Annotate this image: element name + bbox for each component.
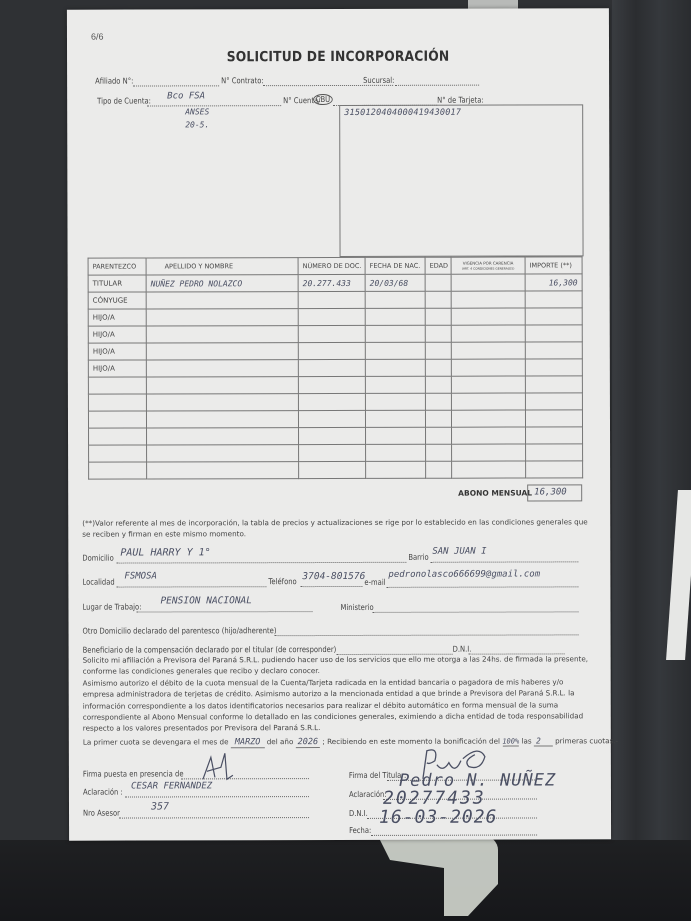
cell-importe[interactable] [526, 444, 583, 461]
cell-nombre[interactable] [146, 377, 298, 394]
cell-vigencia[interactable] [451, 410, 525, 427]
contrato-field[interactable] [263, 85, 393, 86]
localidad-value: FSMOSA [124, 571, 157, 581]
table-row [88, 393, 582, 411]
col-apellido-nombre: APELLIDO Y NOMBRE [146, 258, 298, 275]
fecha-label: Fecha: [349, 826, 371, 835]
table-row [89, 461, 583, 479]
cell-edad[interactable] [425, 393, 451, 410]
email-value: pedronolasco666699@gmail.com [388, 569, 540, 579]
form-title: SOLICITUD DE INCORPORACIÓN [100, 48, 577, 65]
domicilio-label: Domicilio [82, 554, 114, 563]
table-row: HIJO/A [88, 308, 582, 326]
card-number-box[interactable]: 3150120404000419430017 [339, 104, 583, 257]
aclaracion-left-label: Aclaración : [83, 788, 123, 797]
cell-edad[interactable] [426, 427, 452, 444]
afiliado-field[interactable] [133, 85, 219, 86]
cell-importe[interactable] [525, 308, 582, 325]
bonificacion-value[interactable]: 100% [502, 738, 519, 747]
legal-paragraph-1: Solicito mi afiliación a Previsora del P… [83, 653, 593, 677]
col-edad: EDAD [425, 257, 451, 274]
table-header-row: PARENTEZCO APELLIDO Y NOMBRE NÚMERO DE D… [88, 257, 582, 275]
cell-nombre[interactable] [147, 428, 299, 445]
lugar-trabajo-label: Lugar de Trabajo: [82, 603, 141, 612]
legal-paragraph-2: Asimismo autorizo el débito de la cuota … [83, 676, 593, 734]
abono-mensual-value: 16,300 [534, 487, 567, 497]
table-row: HIJO/A [88, 342, 582, 360]
cell-doc[interactable] [298, 359, 365, 376]
table-row [88, 376, 582, 394]
cell-parentezco[interactable] [88, 377, 146, 394]
cell-doc[interactable] [298, 325, 365, 342]
cell-nombre[interactable] [146, 394, 298, 411]
abono-mensual-label: ABONO MENSUAL [458, 488, 532, 497]
col-vigencia: VIGENCIA POR CARENCIA(ART. 4 CONDICIONES… [451, 257, 525, 274]
cell-edad[interactable] [425, 359, 451, 376]
cell-edad[interactable] [425, 308, 451, 325]
cell-nombre[interactable] [147, 445, 299, 462]
barrio-field[interactable] [430, 561, 578, 562]
cuota-prefix: La primer cuota se devengara el mes de [83, 737, 229, 746]
table-row: CÓNYUGE [88, 291, 582, 309]
cell-nombre[interactable] [146, 309, 298, 326]
table-row [88, 410, 582, 428]
cell-edad[interactable] [425, 410, 451, 427]
cell-vigencia[interactable] [452, 444, 526, 461]
otro-domicilio-field[interactable] [275, 634, 579, 636]
email-label: e-mail [364, 578, 385, 587]
cell-parentezco[interactable] [89, 462, 147, 479]
cell-doc[interactable] [298, 308, 365, 325]
col-numero-doc: NÚMERO DE DOC. [298, 257, 365, 274]
cuenta-cbu-circled: CBU [313, 94, 333, 105]
cell-doc[interactable] [299, 461, 366, 478]
cell-nombre[interactable] [146, 326, 298, 343]
tipo-cuenta-field[interactable] [147, 105, 281, 106]
asesor-field[interactable] [119, 817, 309, 818]
cell-fecha-nac[interactable]: 20/03/68 [365, 274, 425, 291]
sucursal-label: Sucursal: [363, 76, 394, 85]
lugar-trabajo-value: PENSION NACIONAL [160, 595, 252, 606]
asesor-label: Nro Asesor [83, 809, 120, 818]
ministerio-field[interactable] [372, 611, 578, 613]
cell-fecha-nac[interactable] [365, 308, 425, 325]
cell-doc[interactable] [299, 427, 366, 444]
table-row: TITULARNUÑEZ PEDRO NOLAZCO20.277.43320/0… [88, 274, 582, 292]
localidad-field[interactable] [116, 586, 266, 587]
cell-nombre[interactable] [147, 462, 299, 479]
cell-fecha-nac[interactable] [365, 291, 425, 308]
tipo-cuenta-value: Bco FSA [167, 91, 205, 101]
card-number-value: 3150120404000419430017 [344, 108, 461, 118]
tarjeta-label: N° de Tarjeta: [437, 96, 484, 105]
cell-fecha-nac[interactable] [366, 444, 426, 461]
cuota-line: La primer cuota se devengara el mes de M… [83, 735, 593, 749]
cuota-mes-value[interactable]: MARZO [231, 737, 265, 748]
cell-fecha-nac[interactable] [365, 342, 425, 359]
cell-fecha-nac[interactable] [366, 427, 426, 444]
cell-vigencia[interactable] [451, 308, 525, 325]
cell-edad[interactable] [425, 325, 451, 342]
background-floor [0, 840, 691, 921]
cell-edad[interactable] [425, 291, 451, 308]
telefono-label: Teléfono [268, 577, 296, 586]
cell-edad[interactable] [426, 444, 452, 461]
cell-doc[interactable] [298, 376, 365, 393]
col-vigencia-title: VIGENCIA POR CARENCIA [463, 260, 514, 265]
cell-doc[interactable] [298, 291, 365, 308]
aclaracion-left-value: CESAR FERNANDEZ [131, 781, 212, 791]
cell-fecha-nac[interactable] [365, 393, 425, 410]
cell-parentezco[interactable]: HIJO/A [88, 309, 146, 326]
cell-importe[interactable]: 16,300 [525, 274, 582, 291]
aclaracion-left-field[interactable] [125, 796, 309, 797]
cell-vigencia[interactable] [452, 461, 526, 478]
cell-parentezco[interactable] [89, 445, 147, 462]
afiliado-label: Afiliado N°: [95, 77, 133, 86]
cell-nombre[interactable]: NUÑEZ PEDRO NOLAZCO [146, 275, 298, 292]
fecha-field[interactable] [371, 834, 537, 835]
cell-doc[interactable] [299, 444, 366, 461]
footnote-text: (**)Valor referente al mes de incorporac… [82, 516, 592, 540]
cell-importe[interactable] [525, 393, 582, 410]
cell-doc[interactable]: 20.277.433 [298, 274, 365, 291]
cell-fecha-nac[interactable] [365, 376, 425, 393]
domicilio-field[interactable] [116, 562, 406, 564]
cell-parentezco[interactable]: HIJO/A [88, 343, 146, 360]
table-row: HIJO/A [88, 359, 582, 377]
cuota-suffix: primeras cuotas.- [555, 736, 618, 745]
beneficiario-dni-label: D.N.I. [453, 645, 472, 654]
tipo-cuenta-note-1: ANSES [185, 107, 209, 116]
cell-edad[interactable] [425, 274, 451, 291]
cell-vigencia[interactable] [451, 376, 525, 393]
col-importe: IMPORTE (**) [525, 257, 582, 274]
col-parentezco: PARENTEZCO [88, 258, 146, 275]
otro-domicilio-label: Otro Domicilio declarado del parentesco … [83, 626, 277, 636]
cell-parentezco[interactable]: HIJO/A [88, 360, 146, 377]
table-row [89, 427, 583, 445]
cell-importe[interactable] [525, 325, 582, 342]
cell-edad[interactable] [426, 461, 452, 478]
cuota-anio-value[interactable]: 2026 [296, 737, 321, 748]
abono-mensual-box[interactable]: 16,300 [527, 484, 582, 501]
cell-parentezco[interactable]: HIJO/A [88, 326, 146, 343]
cell-nombre[interactable] [146, 343, 298, 360]
domicilio-value: PAUL HARRY Y 1° [120, 547, 210, 558]
tipo-cuenta-label: Tipo de Cuenta: [97, 96, 151, 105]
aclaracion-right-label: Aclaración: [349, 790, 387, 799]
cell-importe[interactable] [525, 342, 582, 359]
contrato-label: N° Contrato: [221, 76, 264, 85]
form-sheet: 6/6 SOLICITUD DE INCORPORACIÓN Afiliado … [67, 8, 611, 840]
firma-titular-label: Firma del Titular: [349, 771, 406, 780]
cell-edad[interactable] [425, 342, 451, 359]
cell-edad[interactable] [425, 376, 451, 393]
cell-parentezco[interactable] [88, 411, 146, 428]
cuota-anio-label: del año [267, 737, 294, 746]
cell-nombre[interactable] [146, 292, 298, 309]
cell-importe[interactable] [525, 291, 582, 308]
cell-nombre[interactable] [146, 360, 298, 377]
tipo-cuenta-note-2: 20-5. [185, 120, 209, 129]
col-vigencia-subtitle: (ART. 4 CONDICIONES GENERALES) [462, 266, 515, 270]
cell-doc[interactable] [298, 410, 365, 427]
witness-signature [197, 749, 237, 783]
cell-vigencia[interactable] [451, 325, 525, 342]
cell-parentezco[interactable]: CÓNYUGE [88, 292, 146, 309]
cell-importe[interactable] [525, 376, 582, 393]
members-table: PARENTEZCO APELLIDO Y NOMBRE NÚMERO DE D… [88, 256, 584, 479]
cell-vigencia[interactable] [451, 393, 525, 410]
cell-parentezco[interactable]: TITULAR [88, 275, 146, 292]
telefono-field[interactable] [300, 586, 362, 587]
email-field[interactable] [386, 586, 578, 588]
cell-fecha-nac[interactable] [365, 325, 425, 342]
cell-vigencia[interactable] [451, 274, 525, 291]
cell-parentezco[interactable] [88, 394, 146, 411]
dni-label: D.N.I. [349, 809, 368, 818]
telefono-value: 3704-801576 [302, 571, 365, 582]
cell-doc[interactable] [298, 342, 365, 359]
cell-vigencia[interactable] [451, 359, 525, 376]
table-row: HIJO/A [88, 325, 582, 343]
barrio-value: SAN JUAN I [432, 547, 486, 557]
cell-importe[interactable] [525, 359, 582, 376]
cell-fecha-nac[interactable] [366, 461, 426, 478]
cell-parentezco[interactable] [89, 428, 147, 445]
background-door-frame [612, 0, 691, 921]
cell-importe[interactable] [525, 410, 582, 427]
col-fecha-nac: FECHA DE NAC. [365, 257, 425, 274]
cell-nombre[interactable] [146, 411, 298, 428]
localidad-label: Localidad [82, 578, 114, 587]
table-row [89, 444, 583, 462]
cell-fecha-nac[interactable] [365, 410, 425, 427]
cell-doc[interactable] [298, 393, 365, 410]
cuotas-count-value[interactable]: 2 [534, 736, 553, 746]
cell-importe[interactable] [526, 427, 583, 444]
fecha-value: 16-03-2026 [379, 807, 497, 828]
lugar-trabajo-field[interactable] [136, 611, 312, 612]
asesor-value: 357 [151, 801, 169, 812]
cell-vigencia[interactable] [451, 342, 525, 359]
page-number: 6/6 [91, 32, 104, 42]
las-label: las [521, 736, 531, 745]
cell-vigencia[interactable] [451, 291, 525, 308]
sucursal-field[interactable] [395, 85, 479, 86]
cell-importe[interactable] [526, 461, 583, 478]
firma-presencia-label: Firma puesta en presencia de [83, 769, 184, 778]
cell-vigencia[interactable] [452, 427, 526, 444]
ministerio-label: Ministerio [340, 603, 373, 612]
barrio-label: Barrio [408, 553, 428, 562]
cell-fecha-nac[interactable] [365, 359, 425, 376]
